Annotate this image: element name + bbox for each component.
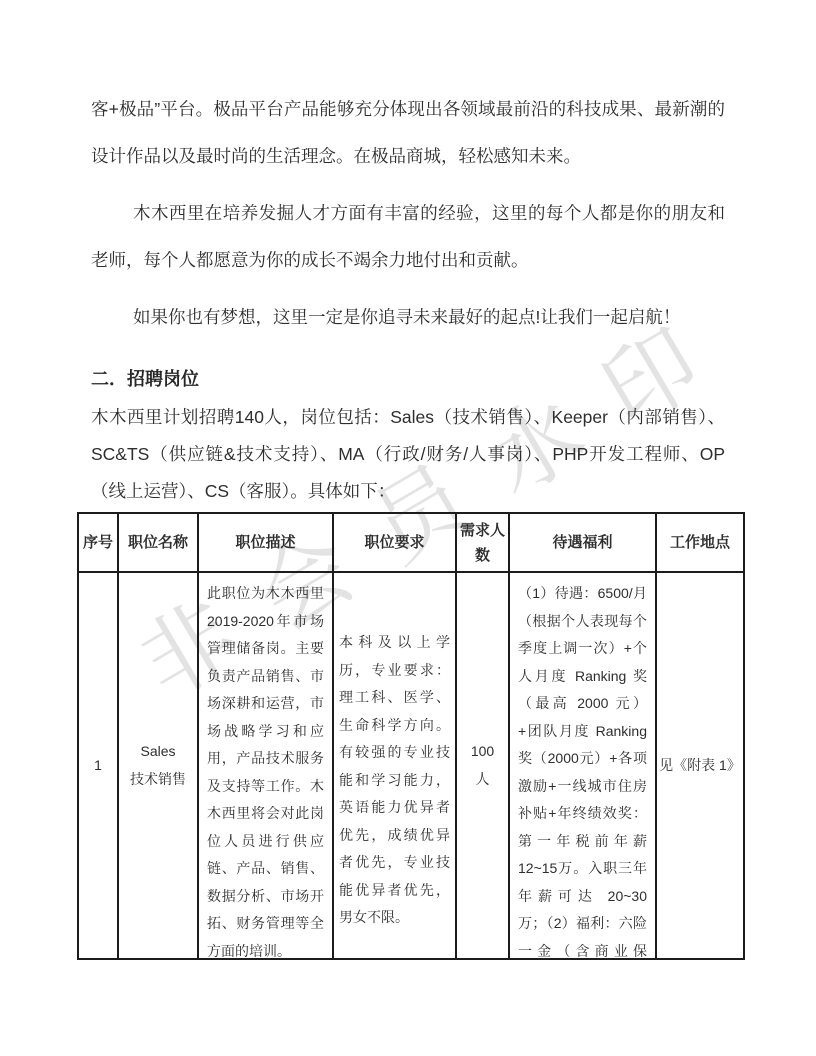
cell-work-location: 见《附表 1》 (657, 573, 743, 958)
recruit-intro-paragraph: 木木西里计划招聘140人，岗位包括：Sales（技术销售）、Keeper（内部销… (91, 399, 725, 510)
cell-position-name: Sales 技术销售 (119, 573, 199, 958)
cell-benefits: （1）待遇：6500/月（根据个人表现每个季度上调一次）+个人月度 Rankin… (510, 573, 657, 958)
table-header-row: 序号 职位名称 职位描述 职位要求 需求人数 待遇福利 工作地点 (79, 514, 743, 573)
header-work-location: 工作地点 (657, 514, 743, 571)
cell-position-requirements: 本科及以上学历，专业要求：理工科、医学、生命科学方向。有较强的专业技能和学习能力… (334, 573, 457, 958)
table-row: 1 Sales 技术销售 此职位为木木西里2019-2020年市场管理储备岗。主… (79, 573, 743, 958)
header-position-requirements: 职位要求 (334, 514, 457, 571)
header-position-name: 职位名称 (119, 514, 199, 571)
header-headcount: 需求人数 (457, 514, 510, 571)
document-content: 客+极品”平台。极品平台产品能够充分体现出各领域最前沿的科技成果、最新潮的设计作… (0, 0, 816, 960)
cell-position-description: 此职位为木木西里2019-2020年市场管理储备岗。主要负责产品销售、市场深耕和… (199, 573, 334, 958)
paragraph-platform: 客+极品”平台。极品平台产品能够充分体现出各领域最前沿的科技成果、最新潮的设计作… (91, 86, 725, 180)
header-benefits: 待遇福利 (510, 514, 657, 571)
cell-seq: 1 (79, 573, 119, 958)
header-position-description: 职位描述 (199, 514, 334, 571)
paragraph-dream: 如果你也有梦想，这里一定是你追寻未来最好的起点!让我们一起启航！ (91, 294, 725, 341)
jobs-table: 序号 职位名称 职位描述 职位要求 需求人数 待遇福利 工作地点 1 Sales… (77, 512, 745, 960)
paragraph-talent: 木木西里在培养发掘人才方面有丰富的经验，这里的每个人都是你的朋友和老师，每个人都… (91, 190, 725, 284)
document-page: 非会员水印 客+极品”平台。极品平台产品能够充分体现出各领域最前沿的科技成果、最… (0, 0, 816, 1056)
cell-headcount: 100 人 (457, 573, 510, 958)
header-seq: 序号 (79, 514, 119, 571)
section-heading-recruit-positions: 二．招聘岗位 (91, 367, 725, 391)
